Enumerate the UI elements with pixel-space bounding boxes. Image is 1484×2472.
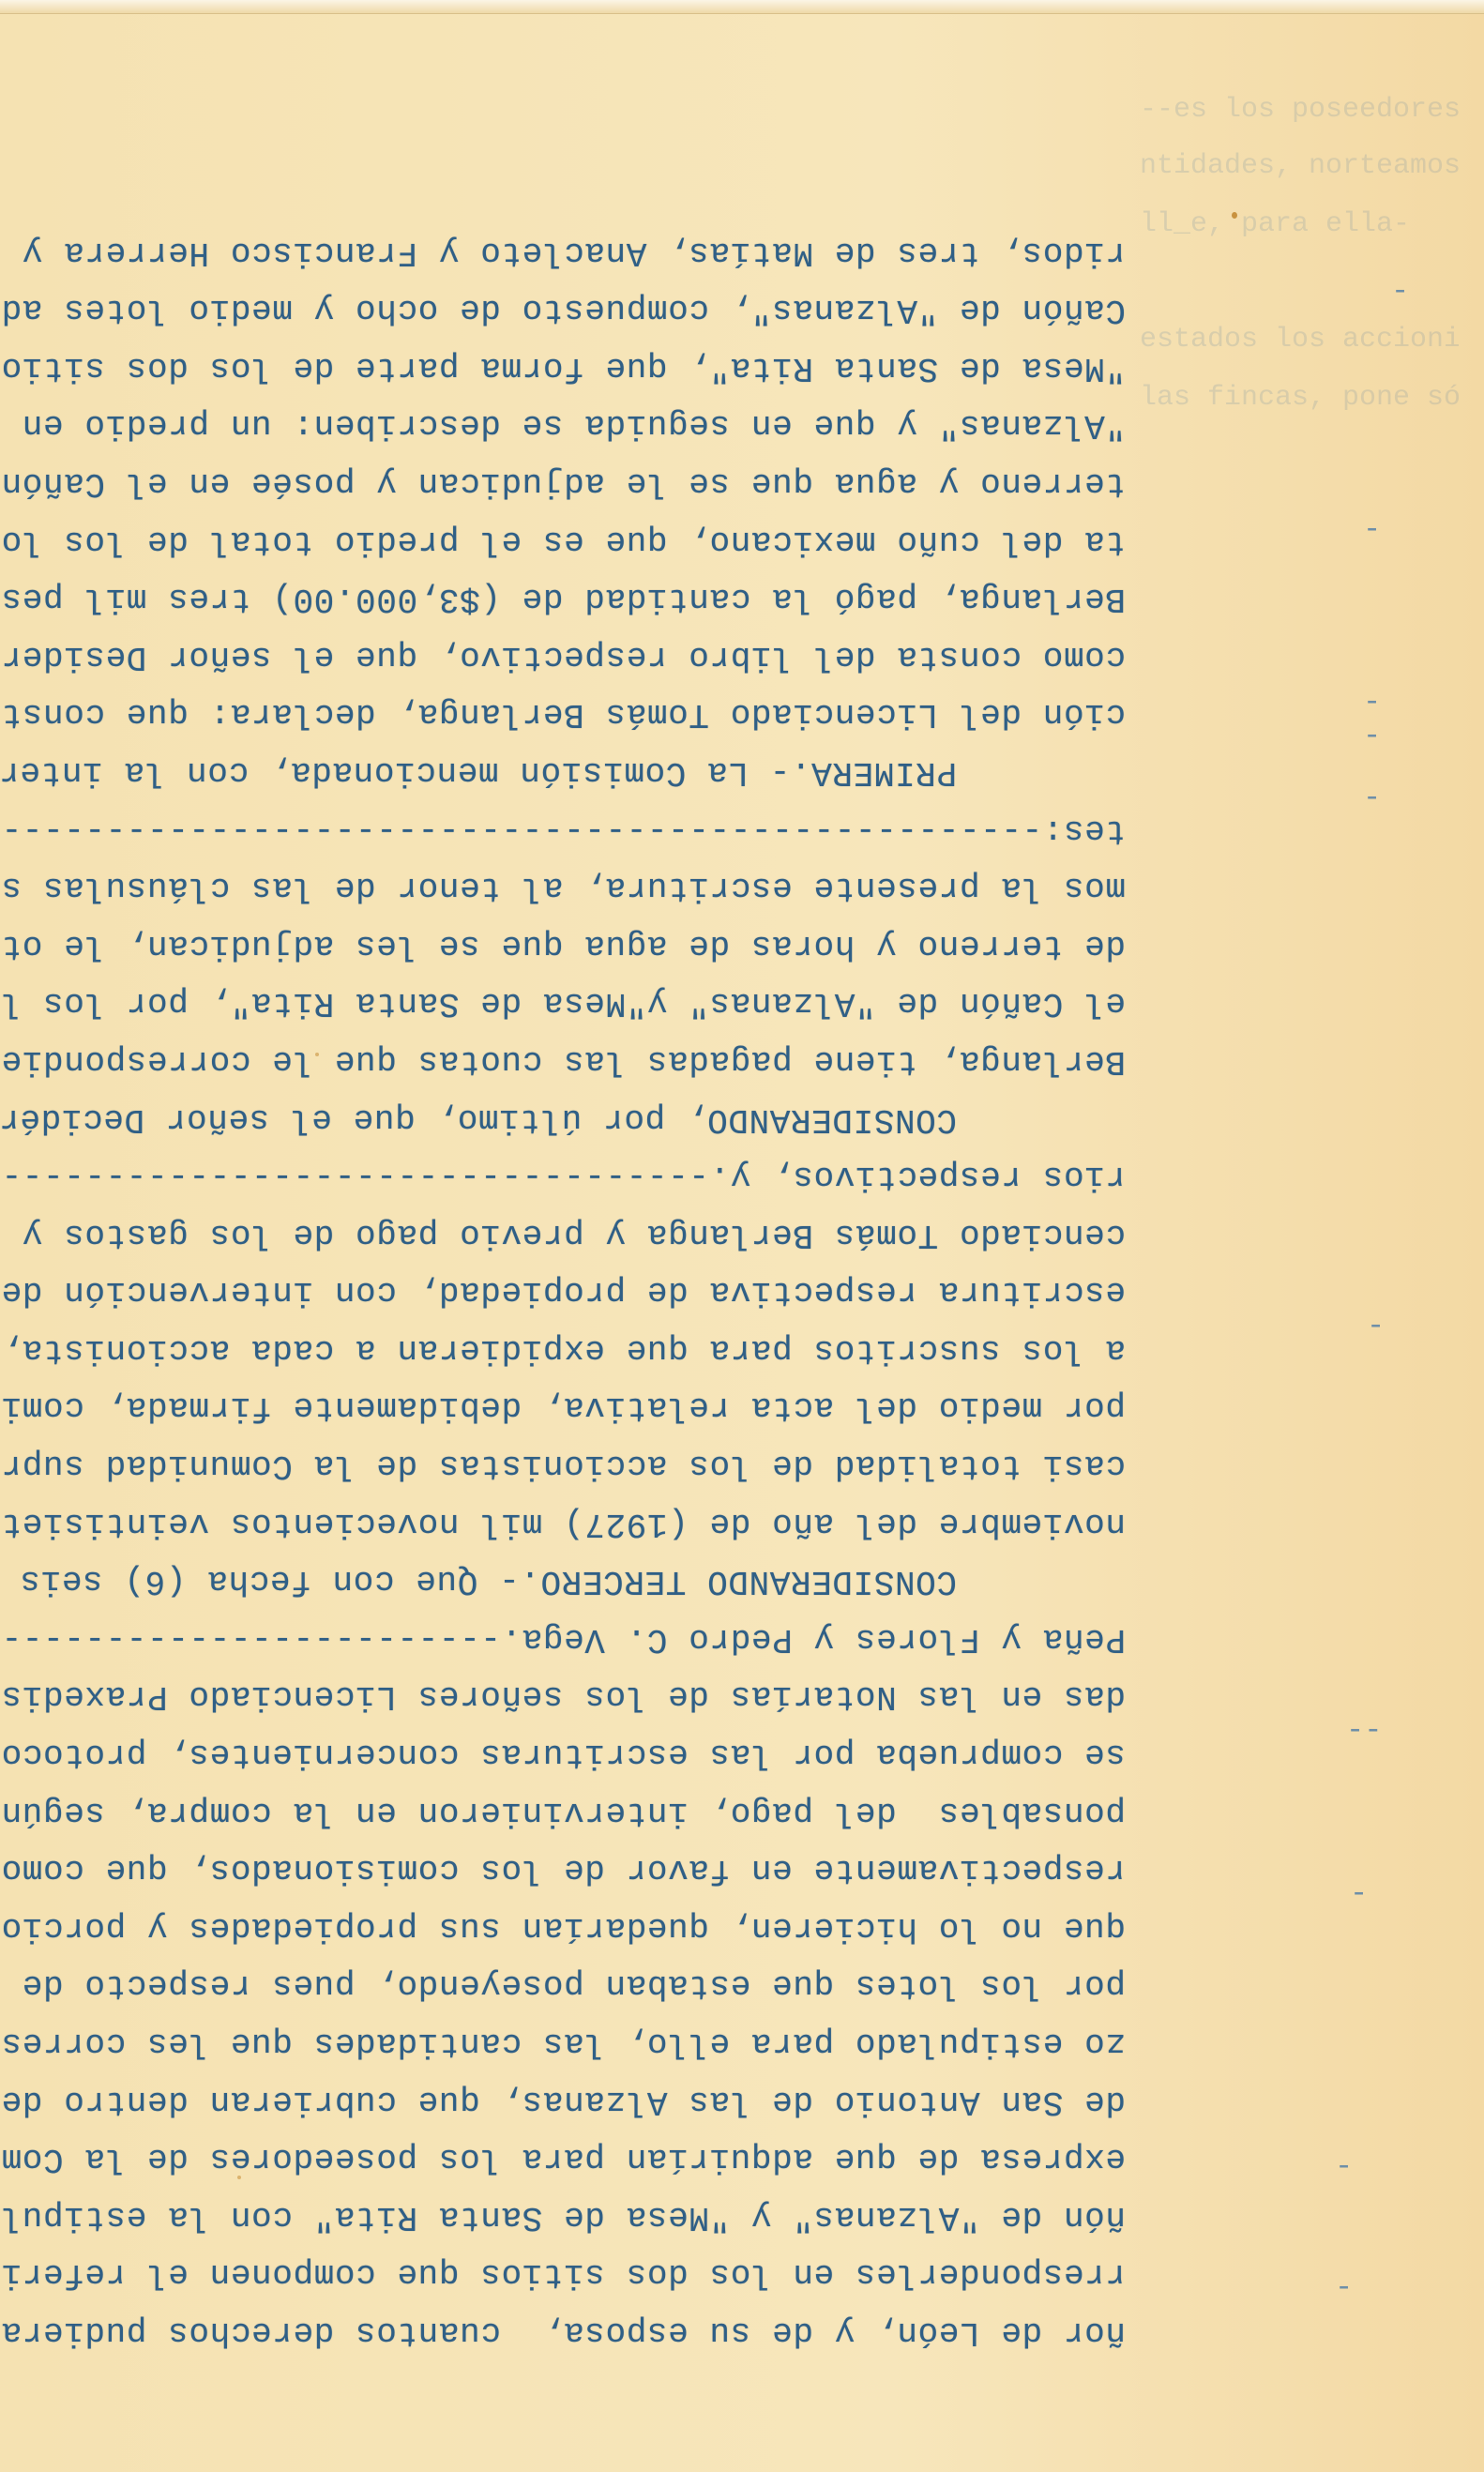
text-line: terreno y agua que se le adjudican y pos… bbox=[0, 454, 1126, 512]
text-line: Cañón de "Alzanas", compuesto de ocho y … bbox=[0, 281, 1126, 340]
text-line: ñón de "Alzanas" y "Mesa de Santa Rita" … bbox=[0, 2188, 1126, 2246]
text-line: de terreno y horas de agua que se les ad… bbox=[0, 917, 1126, 975]
text-line: ñor de León, y de su esposa, cuantos der… bbox=[0, 2303, 1126, 2361]
text-line: que no lo hicieren, quedarían sus propie… bbox=[0, 1899, 1126, 1957]
text-line: Berlanga, tiene pagadas las cuotas que l… bbox=[0, 1032, 1126, 1090]
text-line: a los suscritos para que expidieran a ca… bbox=[0, 1321, 1126, 1379]
document-page: --es los poseedores ntidades, norteamos,… bbox=[0, 0, 1484, 2472]
text-line: noviembre del año de (1927) mil novecien… bbox=[0, 1494, 1126, 1553]
text-line: ción del Licenciado Tomás Berlanga, decl… bbox=[0, 686, 1126, 744]
text-line: expresa de que adquirían para los poseed… bbox=[0, 2131, 1126, 2189]
text-line: rresponderles en los dos sitios que comp… bbox=[0, 2246, 1126, 2304]
text-line: se comprueba por las escrituras concerni… bbox=[0, 1725, 1126, 1783]
text-line: zo estipulado para ello, las cantidades … bbox=[0, 2014, 1126, 2072]
text-line: de San Antonio de las Alzanas, que cubri… bbox=[0, 2072, 1126, 2131]
text-line: ta del cuño mexicano, que es el predio t… bbox=[0, 512, 1126, 570]
text-line: escritura respectiva de propiedad, con i… bbox=[0, 1264, 1126, 1322]
text-line: como consta del libro respectivo, que el… bbox=[0, 628, 1126, 686]
text-line: "Alzanas" y que en seguida se describen:… bbox=[0, 397, 1126, 455]
text-line: ponsables del pago, intervinieron en la … bbox=[0, 1783, 1126, 1842]
text-line: respectivamente en favor de los comision… bbox=[0, 1842, 1126, 1900]
text-line: casi totalidad de los accionistas de la … bbox=[0, 1437, 1126, 1495]
text-line: ridos, tres de Matías, Anacleto y Franci… bbox=[0, 223, 1126, 281]
typed-text-body: ñor de León, y de su esposa, cuantos der… bbox=[0, 223, 1126, 2361]
text-line: tes:------------------------------------… bbox=[0, 801, 1126, 859]
text-line: mos la presente escritura, al tenor de l… bbox=[0, 859, 1126, 918]
text-line: das en las Notarías de los señores Licen… bbox=[0, 1668, 1126, 1726]
text-line: por medio del acta relativa, debidamente… bbox=[0, 1379, 1126, 1437]
text-line: Berlanga, pagó la cantidad de ($3,000.00… bbox=[0, 570, 1126, 629]
text-line: el Cañón de "Alzanas" y"Mesa de Santa Ri… bbox=[0, 975, 1126, 1033]
text-line: Peña y Flores y Pedro C. Vega.----------… bbox=[0, 1610, 1126, 1668]
text-line: cenciado Tomás Berlanga y previo pago de… bbox=[0, 1206, 1126, 1264]
text-line: por los lotes que estaban poseyendo, pue… bbox=[0, 1957, 1126, 2015]
rotated-page-content: ñor de León, y de su esposa, cuantos der… bbox=[0, 0, 1484, 2472]
text-line: rios respectivos, y.--------------------… bbox=[0, 1148, 1126, 1206]
section-heading-line: CONSIDERANDO TERCERO.- Que con fecha (6)… bbox=[0, 1553, 1126, 1611]
text-line: "Mesa de Santa Rita", que forma parte de… bbox=[0, 339, 1126, 397]
clause-heading-line: PRIMERA.- La Comisión mencionada, con la… bbox=[0, 743, 1126, 801]
section-heading-line: CONSIDERANDO, por último, que el señor D… bbox=[0, 1090, 1126, 1148]
